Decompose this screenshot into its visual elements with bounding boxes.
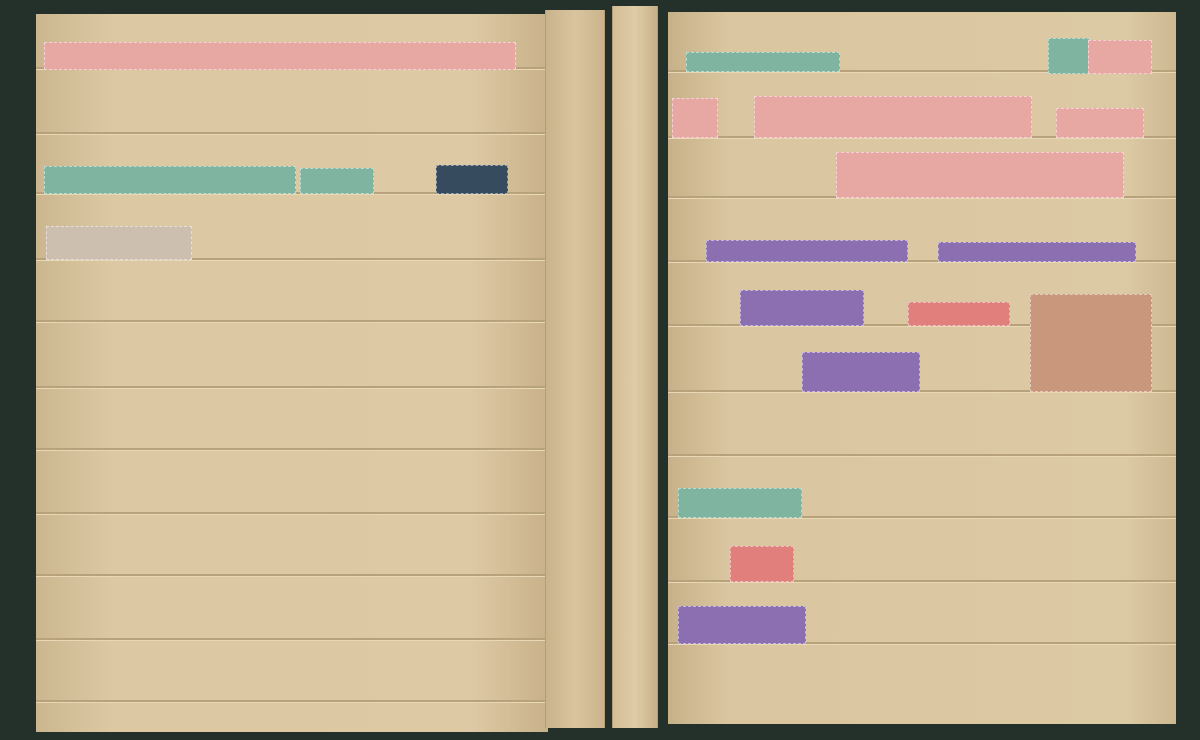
strip	[36, 132, 548, 134]
stamp-row	[908, 302, 1010, 326]
stamp-row	[678, 606, 806, 644]
stamp-row	[938, 242, 1136, 262]
strip	[36, 700, 548, 702]
strip	[36, 448, 548, 450]
stamp-album	[0, 0, 1200, 740]
center-flap	[612, 6, 658, 728]
strip	[36, 574, 548, 576]
stamp	[730, 546, 794, 582]
stamp-block	[1030, 294, 1152, 392]
strip	[36, 386, 548, 388]
stamp-row	[802, 352, 920, 392]
stamp-row	[740, 290, 864, 326]
stamp-row	[46, 226, 192, 260]
stamp	[1048, 38, 1090, 74]
stamp-row	[686, 52, 840, 72]
stamp	[672, 98, 718, 138]
stamp-row	[678, 488, 802, 518]
right-page	[668, 12, 1176, 724]
stamp	[436, 165, 508, 194]
stamp	[300, 168, 374, 194]
left-page	[36, 14, 548, 732]
stamp	[1088, 40, 1152, 74]
stamp-row	[1056, 108, 1144, 138]
stamp-row	[44, 42, 516, 70]
stamp-row	[44, 166, 296, 194]
strip	[36, 512, 548, 514]
center-flap	[545, 10, 605, 728]
stamp-row	[706, 240, 908, 262]
strip	[36, 320, 548, 322]
strip	[668, 454, 1176, 456]
stamp-row	[754, 96, 1032, 138]
strip	[36, 638, 548, 640]
stamp-row	[836, 152, 1124, 198]
